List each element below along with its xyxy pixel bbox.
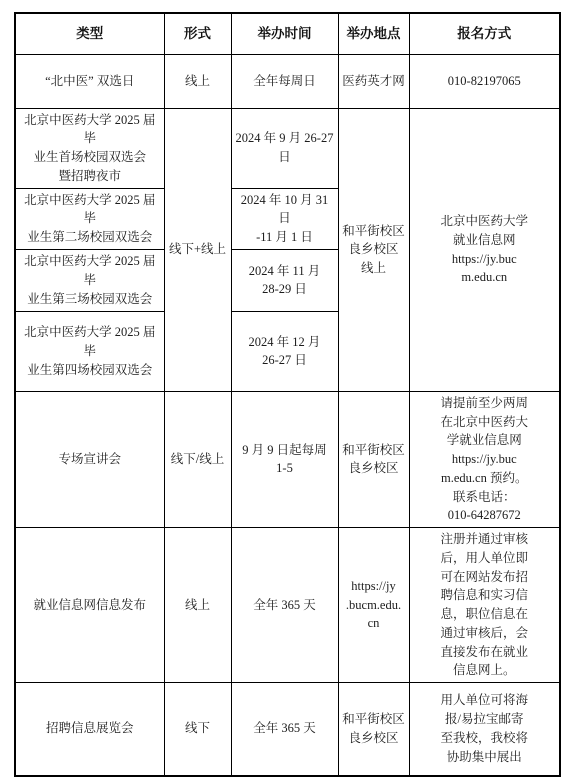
cell-exhibition-time: 全年 365 天 <box>231 683 338 776</box>
cell-fair2-type: 北京中医药大学 2025 届毕 业生第二场校园双选会 <box>15 188 164 249</box>
table-row: 北京中医药大学 2025 届毕 业生首场校园双选会 暨招聘夜市 线下+线上 20… <box>15 108 560 188</box>
cell-inforelease-location: https://jy .bucm.edu. cn <box>338 528 409 683</box>
cell-inforelease-registration: 注册并通过审核 后，用人单位即 可在网站发布招 聘信息和实习信 息，职位信息在 … <box>409 528 560 683</box>
cell-fair3-time: 2024 年 11 月 28-29 日 <box>231 249 338 311</box>
cell-exhibition-location: 和平街校区 良乡校区 <box>338 683 409 776</box>
cell-fair1-time: 2024 年 9 月 26-27 日 <box>231 108 338 188</box>
header-type: 类型 <box>15 13 164 54</box>
cell-shuangxuanri-type: “北中医” 双选日 <box>15 54 164 108</box>
cell-fair4-time: 2024 年 12 月 26-27 日 <box>231 311 338 391</box>
cell-xuanjiang-registration: 请提前至少两周 在北京中医药大 学就业信息网 https://jy.buc m.… <box>409 391 560 527</box>
cell-fair4-type: 北京中医药大学 2025 届毕 业生第四场校园双选会 <box>15 311 164 391</box>
cell-inforelease-type: 就业信息网信息发布 <box>15 528 164 683</box>
cell-exhibition-format: 线下 <box>164 683 231 776</box>
cell-fairs-format: 线下+线上 <box>164 108 231 391</box>
cell-shuangxuanri-registration: 010-82197065 <box>409 54 560 108</box>
cell-xuanjiang-time: 9 月 9 日起每周 1-5 <box>231 391 338 527</box>
cell-fairs-registration: 北京中医药大学 就业信息网 https://jy.buc m.edu.cn <box>409 108 560 391</box>
header-registration: 报名方式 <box>409 13 560 54</box>
cell-xuanjiang-type: 专场宣讲会 <box>15 391 164 527</box>
table-row: 招聘信息展览会 线下 全年 365 天 和平街校区 良乡校区 用人单位可将海 报… <box>15 683 560 776</box>
cell-exhibition-registration: 用人单位可将海 报/易拉宝邮寄 至我校，我校将 协助集中展出 <box>409 683 560 776</box>
cell-xuanjiang-location: 和平街校区 良乡校区 <box>338 391 409 527</box>
cell-exhibition-type: 招聘信息展览会 <box>15 683 164 776</box>
cell-fair1-type: 北京中医药大学 2025 届毕 业生首场校园双选会 暨招聘夜市 <box>15 108 164 188</box>
document-page: 类型 形式 举办时间 举办地点 报名方式 “北中医” 双选日 线上 全年每周日 … <box>0 0 575 756</box>
cell-shuangxuanri-format: 线上 <box>164 54 231 108</box>
table-header-row: 类型 形式 举办时间 举办地点 报名方式 <box>15 13 560 54</box>
cell-inforelease-time: 全年 365 天 <box>231 528 338 683</box>
table-row: 就业信息网信息发布 线上 全年 365 天 https://jy .bucm.e… <box>15 528 560 683</box>
recruitment-schedule-table: 类型 形式 举办时间 举办地点 报名方式 “北中医” 双选日 线上 全年每周日 … <box>14 12 561 777</box>
header-time: 举办时间 <box>231 13 338 54</box>
table-row: 专场宣讲会 线下/线上 9 月 9 日起每周 1-5 和平街校区 良乡校区 请提… <box>15 391 560 527</box>
cell-shuangxuanri-location: 医药英才网 <box>338 54 409 108</box>
cell-fairs-location: 和平街校区 良乡校区 线上 <box>338 108 409 391</box>
cell-inforelease-format: 线上 <box>164 528 231 683</box>
cell-fair3-type: 北京中医药大学 2025 届毕 业生第三场校园双选会 <box>15 249 164 311</box>
cell-shuangxuanri-time: 全年每周日 <box>231 54 338 108</box>
cell-fair2-time: 2024 年 10 月 31 日 -11 月 1 日 <box>231 188 338 249</box>
header-format: 形式 <box>164 13 231 54</box>
table-row: “北中医” 双选日 线上 全年每周日 医药英才网 010-82197065 <box>15 54 560 108</box>
cell-xuanjiang-format: 线下/线上 <box>164 391 231 527</box>
header-location: 举办地点 <box>338 13 409 54</box>
